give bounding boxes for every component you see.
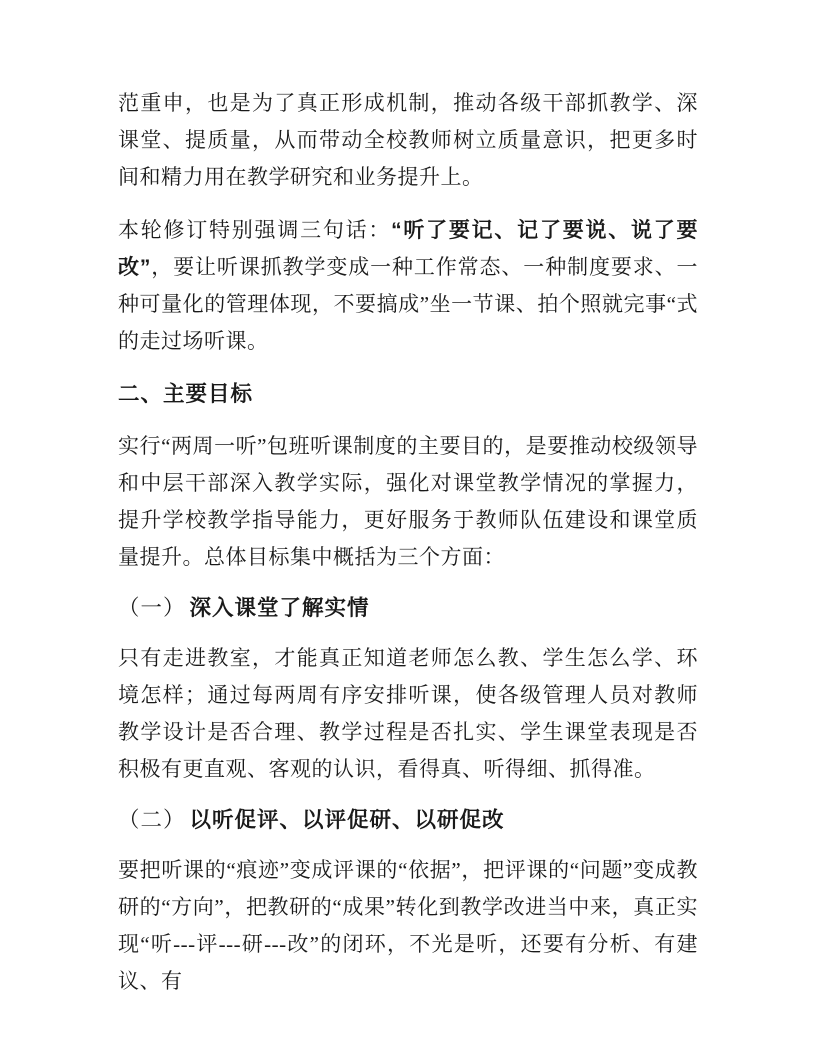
paragraph-purpose: 实行“两周一听”包班听课制度的主要目的，是要推动校级领导和中层干部深入教学实际，…: [118, 428, 698, 576]
paragraph-continuation: 范重申，也是为了真正形成机制，推动各级干部抓教学、深课堂、提质量，从而带动全校教…: [118, 85, 698, 196]
subsection-1-title: 深入课堂了解实情: [190, 596, 370, 620]
subsection-heading-2: （二）以听促评、以评促研、以研促改: [118, 804, 698, 836]
subsection-2-number: （二）: [118, 808, 186, 832]
section-heading-main-goals: 二、主要目标: [118, 378, 698, 410]
subsection-heading-1: （一）深入课堂了解实情: [118, 592, 698, 624]
paragraph-closed-loop: 要把听课的“痕迹”变成评课的“依据”，把评课的“问题”变成教研的“方向”，把教研…: [118, 852, 698, 1000]
paragraph-three-phrases-suffix: ，要让听课抓教学变成一种工作常态、一种制度要求、一种可量化的管理体现，不要搞成”…: [118, 255, 698, 353]
subsection-1-number: （一）: [118, 596, 186, 620]
document-page: 范重申，也是为了真正形成机制，推动各级干部抓教学、深课堂、提质量，从而带动全校教…: [0, 0, 816, 1056]
subsection-2-title: 以听促评、以评促研、以研促改: [190, 808, 505, 832]
paragraph-three-phrases-prefix: 本轮修订特别强调三句话：: [118, 218, 391, 242]
paragraph-three-phrases: 本轮修订特别强调三句话：“听了要记、记了要说、说了要改”，要让听课抓教学变成一种…: [118, 212, 698, 360]
paragraph-classroom-reality: 只有走进教室，才能真正知道老师怎么教、学生怎么学、环境怎样；通过每两周有序安排听…: [118, 640, 698, 788]
